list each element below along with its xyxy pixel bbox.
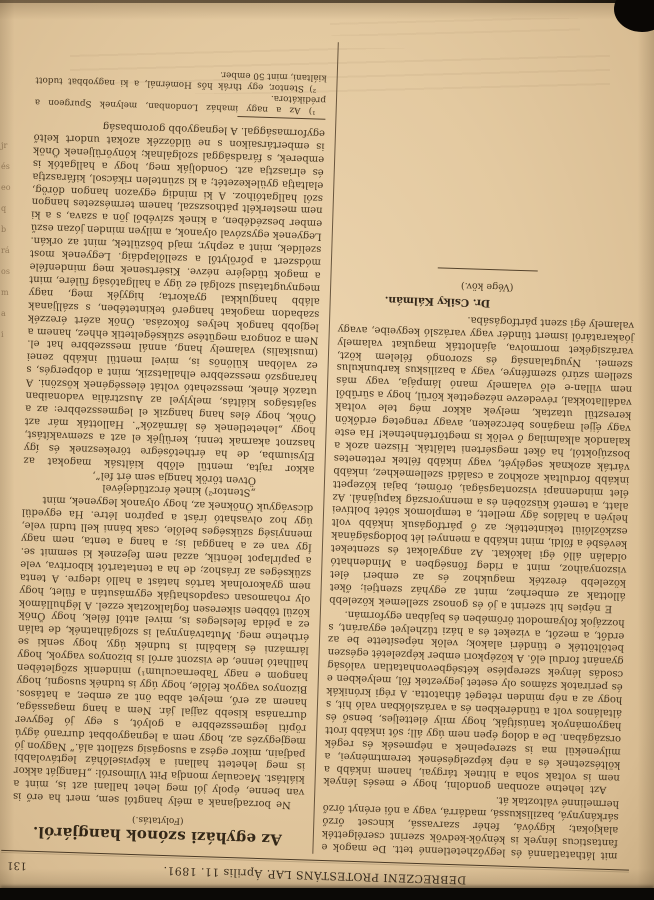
bleed-mark: b (1, 226, 13, 234)
bleed-mark: q (1, 205, 13, 213)
page-number: 131 (7, 859, 27, 872)
newspaper-page-rotated: DEBRECZENI PROTESTÁNS LAP. Április 11. 1… (0, 2, 654, 897)
bleed-mark: jr (1, 142, 13, 150)
body-paragraph: akkor rajta, mentül előbb kiáltsák magok… (23, 117, 325, 474)
body-paragraph: E népies hit szerint a jó és gonosz szel… (329, 308, 634, 614)
article-separator-rule (438, 267, 538, 271)
two-column-text-area: mit láthatatlanná és legyőzhetetlenné te… (0, 32, 654, 869)
bleed-mark: rá (1, 247, 13, 255)
bleed-mark: a (1, 310, 13, 318)
bleed-mark: eo (1, 184, 13, 192)
bleed-mark: os (1, 268, 13, 276)
bleed-mark: i (1, 331, 13, 339)
margin-bleed-marks: jr és eo q b rá os m a i (1, 142, 13, 339)
right-column-article: Az egyházi szónok hangjáról. (Folytatás.… (0, 32, 339, 853)
footnote-separator-rule (237, 116, 325, 120)
bleed-mark: és (1, 163, 13, 171)
body-paragraph: mit láthatatlanná és legyőzhetetlenné te… (321, 787, 619, 861)
scan-top-edge (0, 0, 654, 3)
scanned-newspaper-page: DEBRECZENI PROTESTÁNS LAP. Április 11. 1… (0, 0, 654, 900)
footnotes: ¹) Az a nagy imaház Londonban, melynek S… (35, 63, 327, 116)
body-paragraph: Azt lehetne azonban gondolni, hogy e mes… (323, 606, 625, 796)
left-column-article-end: mit láthatatlanná és legyőzhetetlenné te… (313, 42, 654, 864)
body-paragraph: Ne borzadjanak a mély hangtól sem, mert … (13, 492, 314, 811)
bleed-mark: m (1, 289, 13, 297)
